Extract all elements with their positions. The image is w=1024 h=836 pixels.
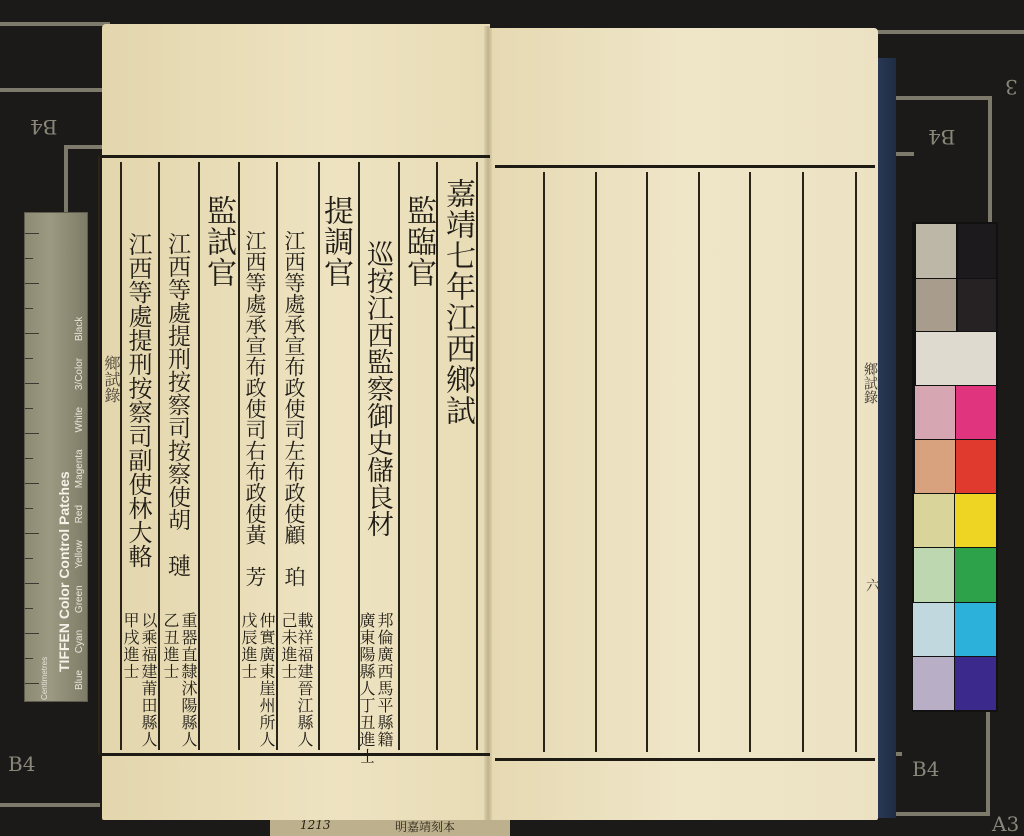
column-rule xyxy=(646,172,648,752)
official-entry: 巡按江西監察御史儲良材 xyxy=(364,240,391,537)
background-guide-line xyxy=(868,30,1024,34)
official-note: 重器直隸沭陽縣人 xyxy=(180,612,196,748)
color-patch xyxy=(916,279,956,331)
ruler-color-label: Black xyxy=(74,317,85,341)
role-heading: 監試官 xyxy=(203,195,233,288)
official-entry: 江西等處提刑按察司按察使胡 璉 xyxy=(165,232,188,577)
column-rule xyxy=(198,162,200,750)
color-patch xyxy=(956,386,996,439)
official-note: 甲戌進士 xyxy=(122,612,138,680)
role-heading: 監臨官 xyxy=(403,195,433,288)
column-rule xyxy=(276,162,278,750)
color-patch xyxy=(958,279,996,331)
right-page-frame xyxy=(495,165,875,761)
book-cover-edge xyxy=(876,58,896,818)
role-heading: 提調官 xyxy=(320,195,350,288)
ruler-color-label: 3/Color xyxy=(74,358,85,390)
official-note: 以乘福建莆田縣人 xyxy=(140,612,156,748)
ruler-color-label: White xyxy=(74,407,85,433)
background-label: B4 xyxy=(928,125,955,149)
color-patch xyxy=(914,494,954,547)
document-title: 嘉靖七年江西鄉試 xyxy=(442,178,472,426)
color-patch xyxy=(914,548,954,602)
ruler-brand-label: TIFFEN Color Control Patches xyxy=(56,471,72,672)
column-rule xyxy=(543,172,545,752)
background-guide-line xyxy=(0,22,110,26)
color-patch xyxy=(955,603,996,656)
official-note: 載祥福建晉江縣人 xyxy=(296,612,312,748)
color-patch xyxy=(956,440,996,493)
column-rule xyxy=(595,172,597,752)
official-note: 己未進士 xyxy=(280,612,296,680)
color-patch xyxy=(916,332,996,385)
column-rule xyxy=(158,162,160,750)
background-label: A3 xyxy=(992,812,1019,836)
background-guide-line xyxy=(890,96,992,100)
ruler-color-label: Yellow xyxy=(74,540,85,569)
official-note: 仲實廣東崖州所人 xyxy=(258,612,274,748)
background-label: 3 xyxy=(1005,75,1018,99)
column-rule xyxy=(436,162,438,750)
official-entry: 江西等處承宣布政使司右布政使黃 芳 xyxy=(244,230,265,587)
ruler-color-label: Red xyxy=(74,505,85,523)
ruler-unit-label: Centimetres xyxy=(40,657,49,700)
color-patch xyxy=(958,224,996,278)
official-note: 戊辰進士 xyxy=(240,612,256,680)
official-entry: 江西等處承宣布政使司左布政使顧 珀 xyxy=(283,230,304,587)
column-rule xyxy=(855,172,857,752)
color-patch xyxy=(916,224,956,278)
official-entry: 江西等處提刑按察司副使林大輅 xyxy=(126,232,150,568)
ruler-color-label: Blue xyxy=(74,670,85,690)
page-number: 六 xyxy=(862,578,882,592)
color-patch xyxy=(913,657,954,710)
background-label: B4 xyxy=(8,752,35,776)
background-label: B4 xyxy=(912,757,939,781)
color-patch xyxy=(955,548,996,602)
color-patch xyxy=(955,494,996,547)
column-rule xyxy=(476,162,478,750)
catalog-title: 明嘉靖刻本 xyxy=(395,818,455,835)
official-note: 廣東陽縣人丁丑進士 xyxy=(358,612,374,765)
left-margin-label: 鄉試錄 xyxy=(100,355,123,403)
color-patch xyxy=(915,440,955,493)
color-patch xyxy=(955,657,996,710)
ruler-color-label: Green xyxy=(74,585,85,613)
background-guide-line xyxy=(986,712,990,816)
official-note: 邦倫廣西馬平縣籍 xyxy=(376,612,392,748)
background-guide-line xyxy=(0,88,104,92)
column-rule xyxy=(749,172,751,752)
catalog-number: 1213 xyxy=(300,818,331,832)
column-rule xyxy=(398,162,400,750)
color-patch xyxy=(915,386,955,439)
color-patch xyxy=(913,603,954,656)
background-guide-line xyxy=(64,145,68,215)
column-rule xyxy=(802,172,804,752)
ruler-color-label: Magenta xyxy=(74,449,85,488)
background-label: B4 xyxy=(30,115,57,139)
right-margin-label: 鄉試錄 xyxy=(860,362,880,404)
background-guide-line xyxy=(880,812,990,816)
color-control-chart xyxy=(912,222,998,712)
ruler-color-label: Cyan xyxy=(74,630,85,653)
background-guide-line xyxy=(0,803,100,807)
column-rule xyxy=(698,172,700,752)
official-note: 乙丑進士 xyxy=(162,612,178,680)
ruler-color-names: Blue Cyan Green Yellow Red Magenta White… xyxy=(74,317,85,690)
background-guide-line xyxy=(988,96,992,226)
background-guide-line xyxy=(64,145,104,149)
